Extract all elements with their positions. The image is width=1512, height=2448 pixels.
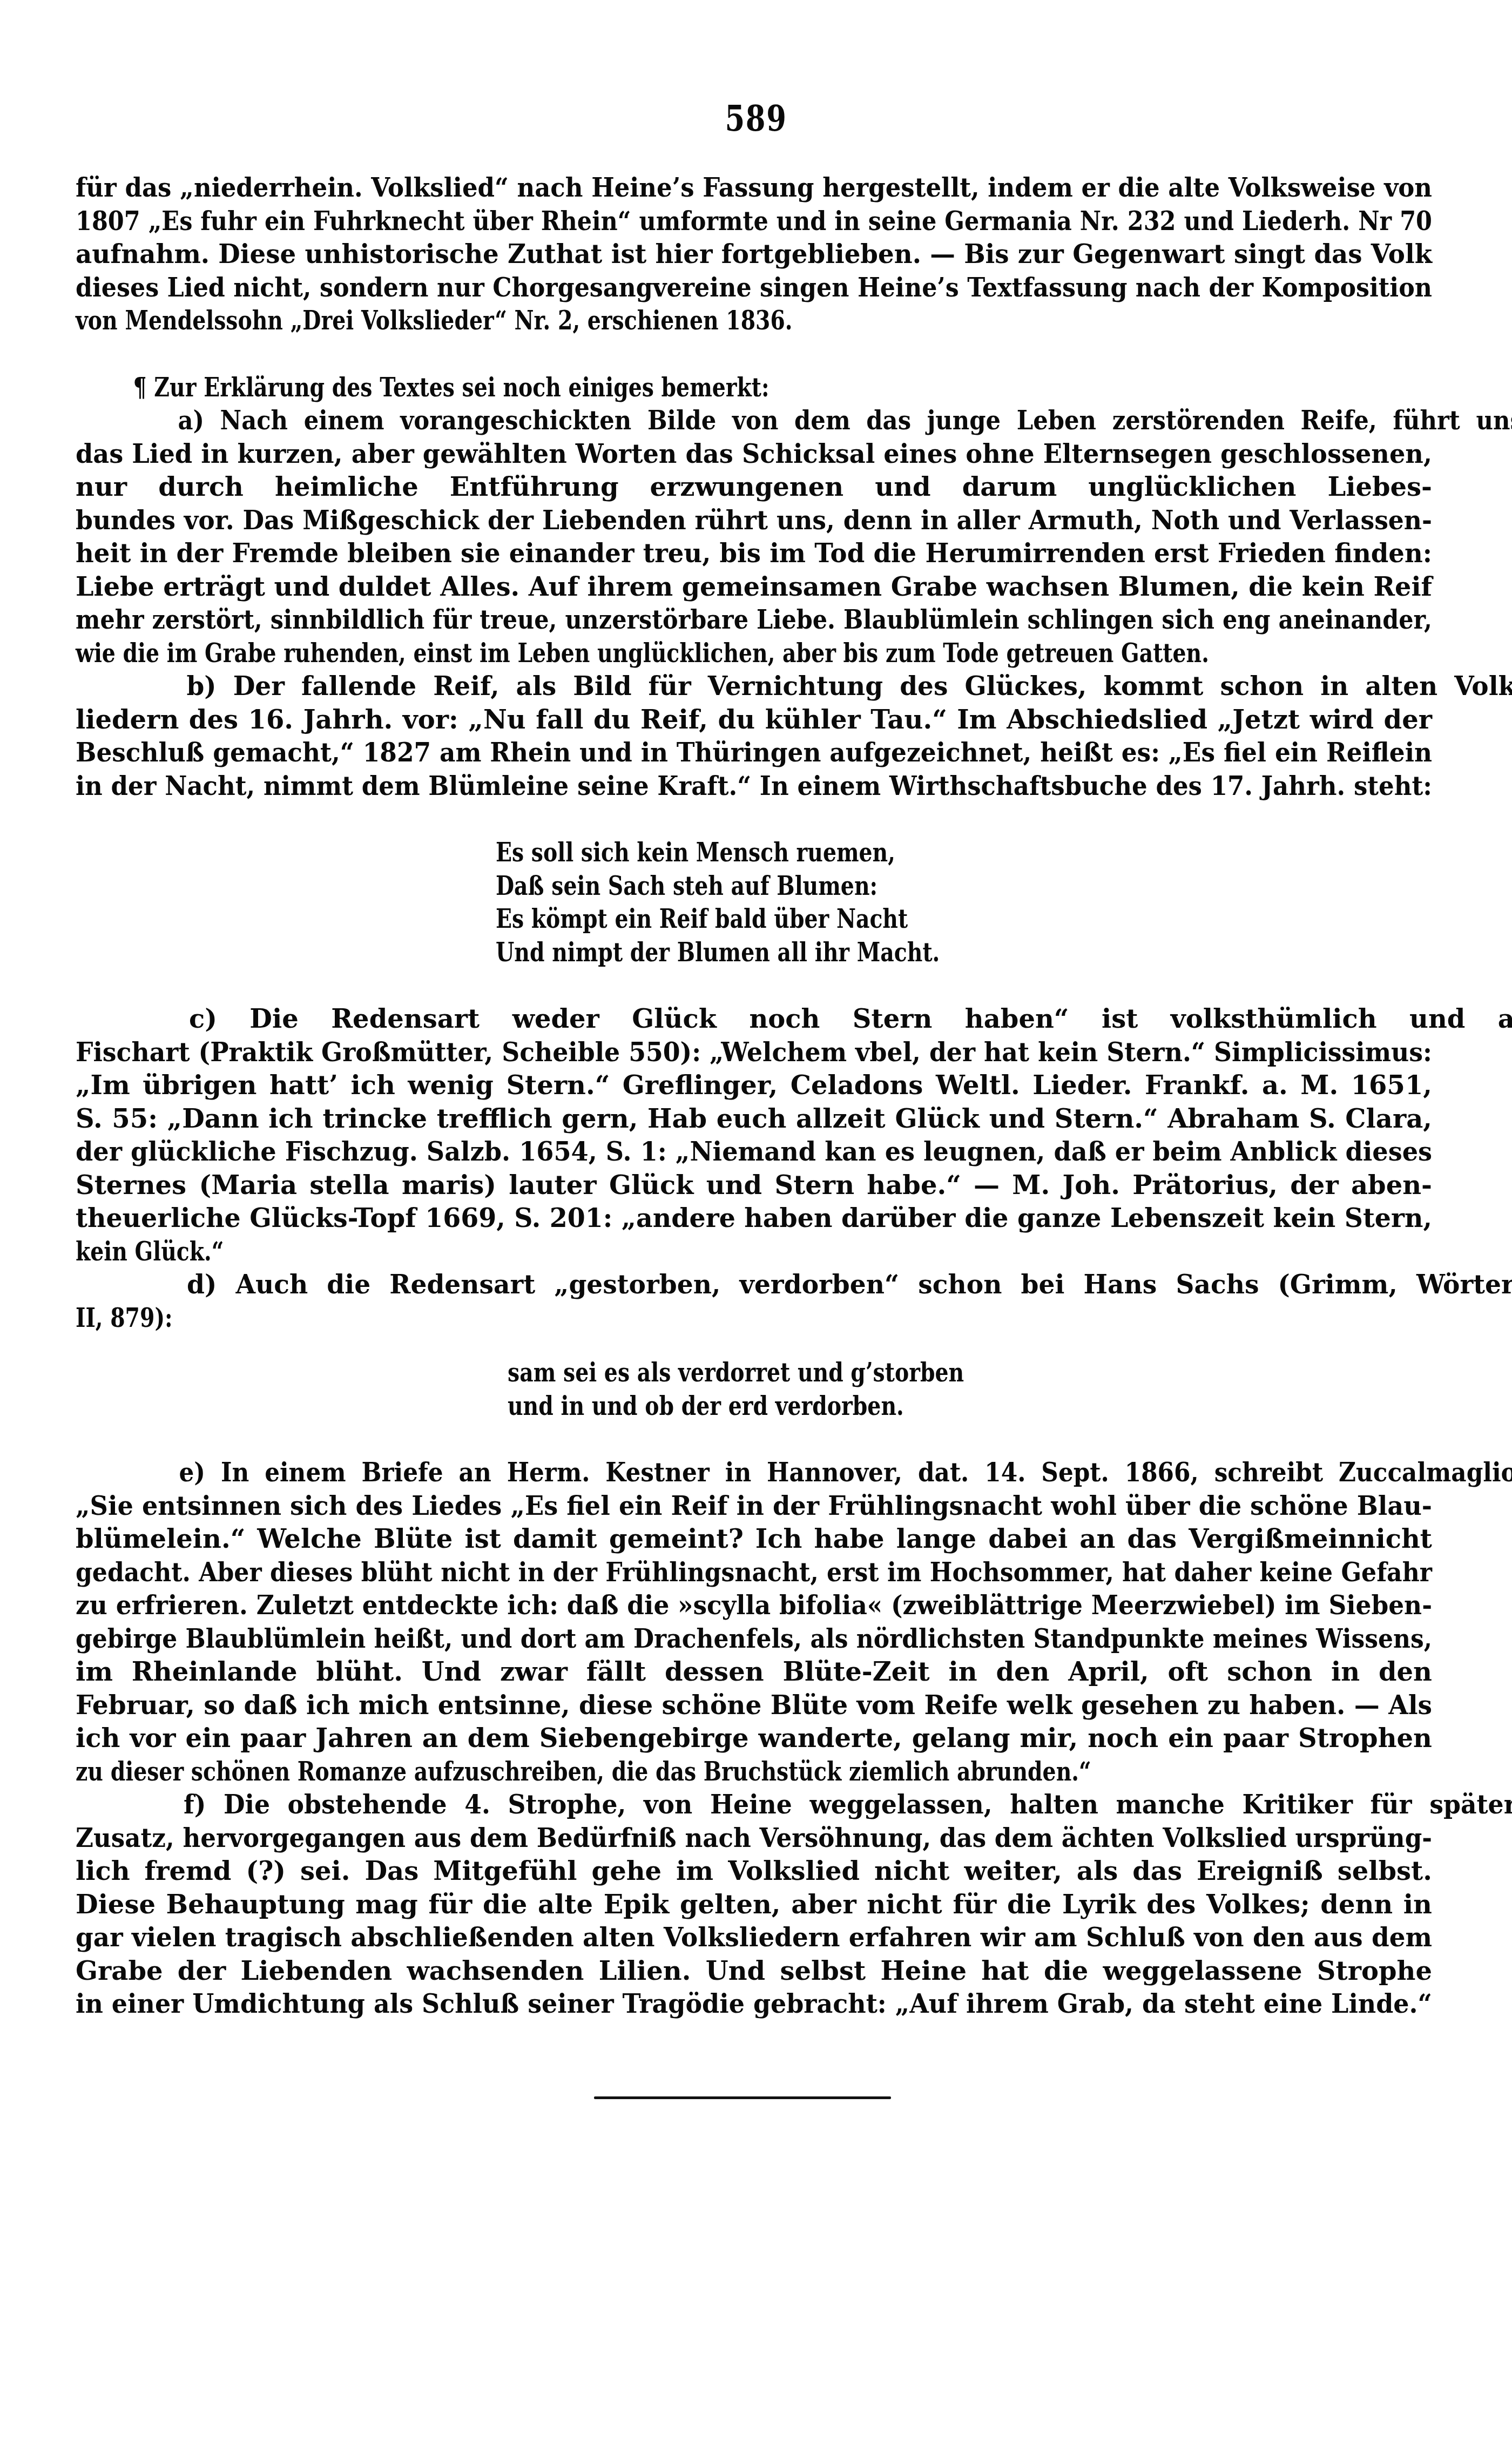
text-line: Fischart (Praktik Großmütter, Scheible 5… xyxy=(76,1036,1432,1070)
text-line: 1807 „Es fuhr ein Fuhrknecht über Rhein“… xyxy=(76,205,1432,239)
paragraph-intro: für das „niederrhein. Volkslied“ nach He… xyxy=(76,172,1432,338)
text-line: von Mendelssohn „Drei Volkslieder“ Nr. 2… xyxy=(76,305,793,338)
section-c: c) Die Redensart weder Glück noch Stern … xyxy=(76,1003,1432,1269)
text-line: Liebe erträgt und duldet Alles. Auf ihre… xyxy=(76,571,1432,604)
verse-line: Und nimpt der Blumen all ihr Macht. xyxy=(76,936,1188,970)
text-line: wie die im Grabe ruhenden, einst im Lebe… xyxy=(76,637,1209,671)
text-line: a) Nach einem vorangeschickten Bilde von… xyxy=(76,404,1512,438)
verse-line: und in und ob der erd verdorben. xyxy=(76,1390,1188,1424)
section-f: f) Die obstehende 4. Strophe, von Heine … xyxy=(76,1789,1432,2021)
text-line: Februar, so daß ich mich entsinne, diese… xyxy=(76,1689,1432,1723)
text-line: das Lied in kurzen, aber gewählten Worte… xyxy=(76,438,1432,471)
text-line: S. 55: „Dann ich trincke trefflich gern,… xyxy=(76,1103,1432,1136)
text-line: lich fremd (?) sei. Das Mitgefühl gehe i… xyxy=(76,1855,1432,1889)
text-line: Zusatz, hervorgegangen aus dem Bedürfniß… xyxy=(76,1822,1432,1856)
text-line: b) Der fallende Reif, als Bild für Verni… xyxy=(76,670,1512,704)
text-line: gebirge Blaublümlein heißt, und dort am … xyxy=(76,1623,1432,1656)
end-rule-divider xyxy=(594,2096,891,2099)
text-line: im Rheinlande blüht. Und zwar fällt dess… xyxy=(76,1656,1432,1689)
document-page: 589 für das „niederrhein. Volkslied“ nac… xyxy=(0,0,1512,2448)
text-line: dieses Lied nicht, sondern nur Chorgesan… xyxy=(76,272,1432,305)
text-line: d) Auch die Redensart „gestorben, verdor… xyxy=(76,1269,1512,1302)
text-line: zu dieser schönen Romanze aufzuschreiben… xyxy=(76,1756,1091,1789)
text-line: mehr zerstört, sinnbildlich für treue, u… xyxy=(76,604,1432,637)
text-line: bundes vor. Das Mißgeschick der Liebende… xyxy=(76,504,1432,538)
text-line: Grabe der Liebenden wachsenden Lilien. U… xyxy=(76,1955,1432,1988)
page-body: für das „niederrhein. Volkslied“ nach He… xyxy=(76,172,1432,2021)
text-line: blümelein.“ Welche Blüte ist damit gemei… xyxy=(76,1523,1432,1556)
text-line: Beschluß gemacht,“ 1827 am Rhein und in … xyxy=(76,737,1432,770)
text-line: nur durch heimliche Entführung erzwungen… xyxy=(76,471,1432,504)
text-line: in einer Umdichtung als Schluß seiner Tr… xyxy=(76,1988,1432,2021)
text-line: der glückliche Fischzug. Salzb. 1654, S.… xyxy=(76,1136,1432,1169)
text-line: II, 879): xyxy=(76,1302,173,1336)
text-line: für das „niederrhein. Volkslied“ nach He… xyxy=(76,172,1432,205)
text-line: gar vielen tragisch abschließenden alten… xyxy=(76,1921,1432,1955)
text-line: theuerliche Glücks-Topf 1669, S. 201: „a… xyxy=(76,1202,1432,1236)
section-heading: ¶ Zur Erklärung des Textes sei noch eini… xyxy=(76,372,827,405)
section-a: a) Nach einem vorangeschickten Bilde von… xyxy=(76,404,1432,670)
text-line: gedacht. Aber dieses blüht nicht in der … xyxy=(76,1556,1432,1590)
text-line: Sternes (Maria stella maris) lauter Glüc… xyxy=(76,1169,1432,1203)
text-line: c) Die Redensart weder Glück noch Stern … xyxy=(76,1003,1512,1036)
text-line: heit in der Fremde bleiben sie einander … xyxy=(76,537,1432,571)
text-line: aufnahm. Diese unhistorische Zuthat ist … xyxy=(76,238,1432,272)
verse-line: sam sei es als verdorret und g’storben xyxy=(76,1357,1188,1390)
text-line: ich vor ein paar Jahren an dem Siebengeb… xyxy=(76,1722,1432,1756)
text-line: f) Die obstehende 4. Strophe, von Heine … xyxy=(76,1789,1512,1822)
section-d: d) Auch die Redensart „gestorben, verdor… xyxy=(76,1269,1432,1456)
text-line: „Sie entsinnen sich des Liedes „Es fiel … xyxy=(76,1490,1432,1523)
text-line: Diese Behauptung mag für die alte Epik g… xyxy=(76,1889,1432,1922)
section-b: b) Der fallende Reif, als Bild für Verni… xyxy=(76,670,1432,1003)
text-line: „Im übrigen hatt’ ich wenig Stern.“ Gref… xyxy=(76,1069,1432,1103)
text-line: liedern des 16. Jahrh. vor: „Nu fall du … xyxy=(76,704,1432,737)
text-line: zu erfrieren. Zuletzt entdeckte ich: daß… xyxy=(76,1589,1432,1623)
section-e: e) In einem Briefe an Herm. Kestner in H… xyxy=(76,1456,1432,1789)
verse-line: Es kömpt ein Reif bald über Nacht xyxy=(76,903,1188,936)
verse-line: Es soll sich kein Mensch ruemen, xyxy=(76,837,1188,870)
text-line: e) In einem Briefe an Herm. Kestner in H… xyxy=(76,1456,1512,1490)
page-number: 589 xyxy=(151,97,1361,139)
text-line: in der Nacht, nimmt dem Blümleine seine … xyxy=(76,770,1432,804)
verse-line: Daß sein Sach steh auf Blumen: xyxy=(76,870,1188,903)
text-line: kein Glück.“ xyxy=(76,1236,224,1269)
